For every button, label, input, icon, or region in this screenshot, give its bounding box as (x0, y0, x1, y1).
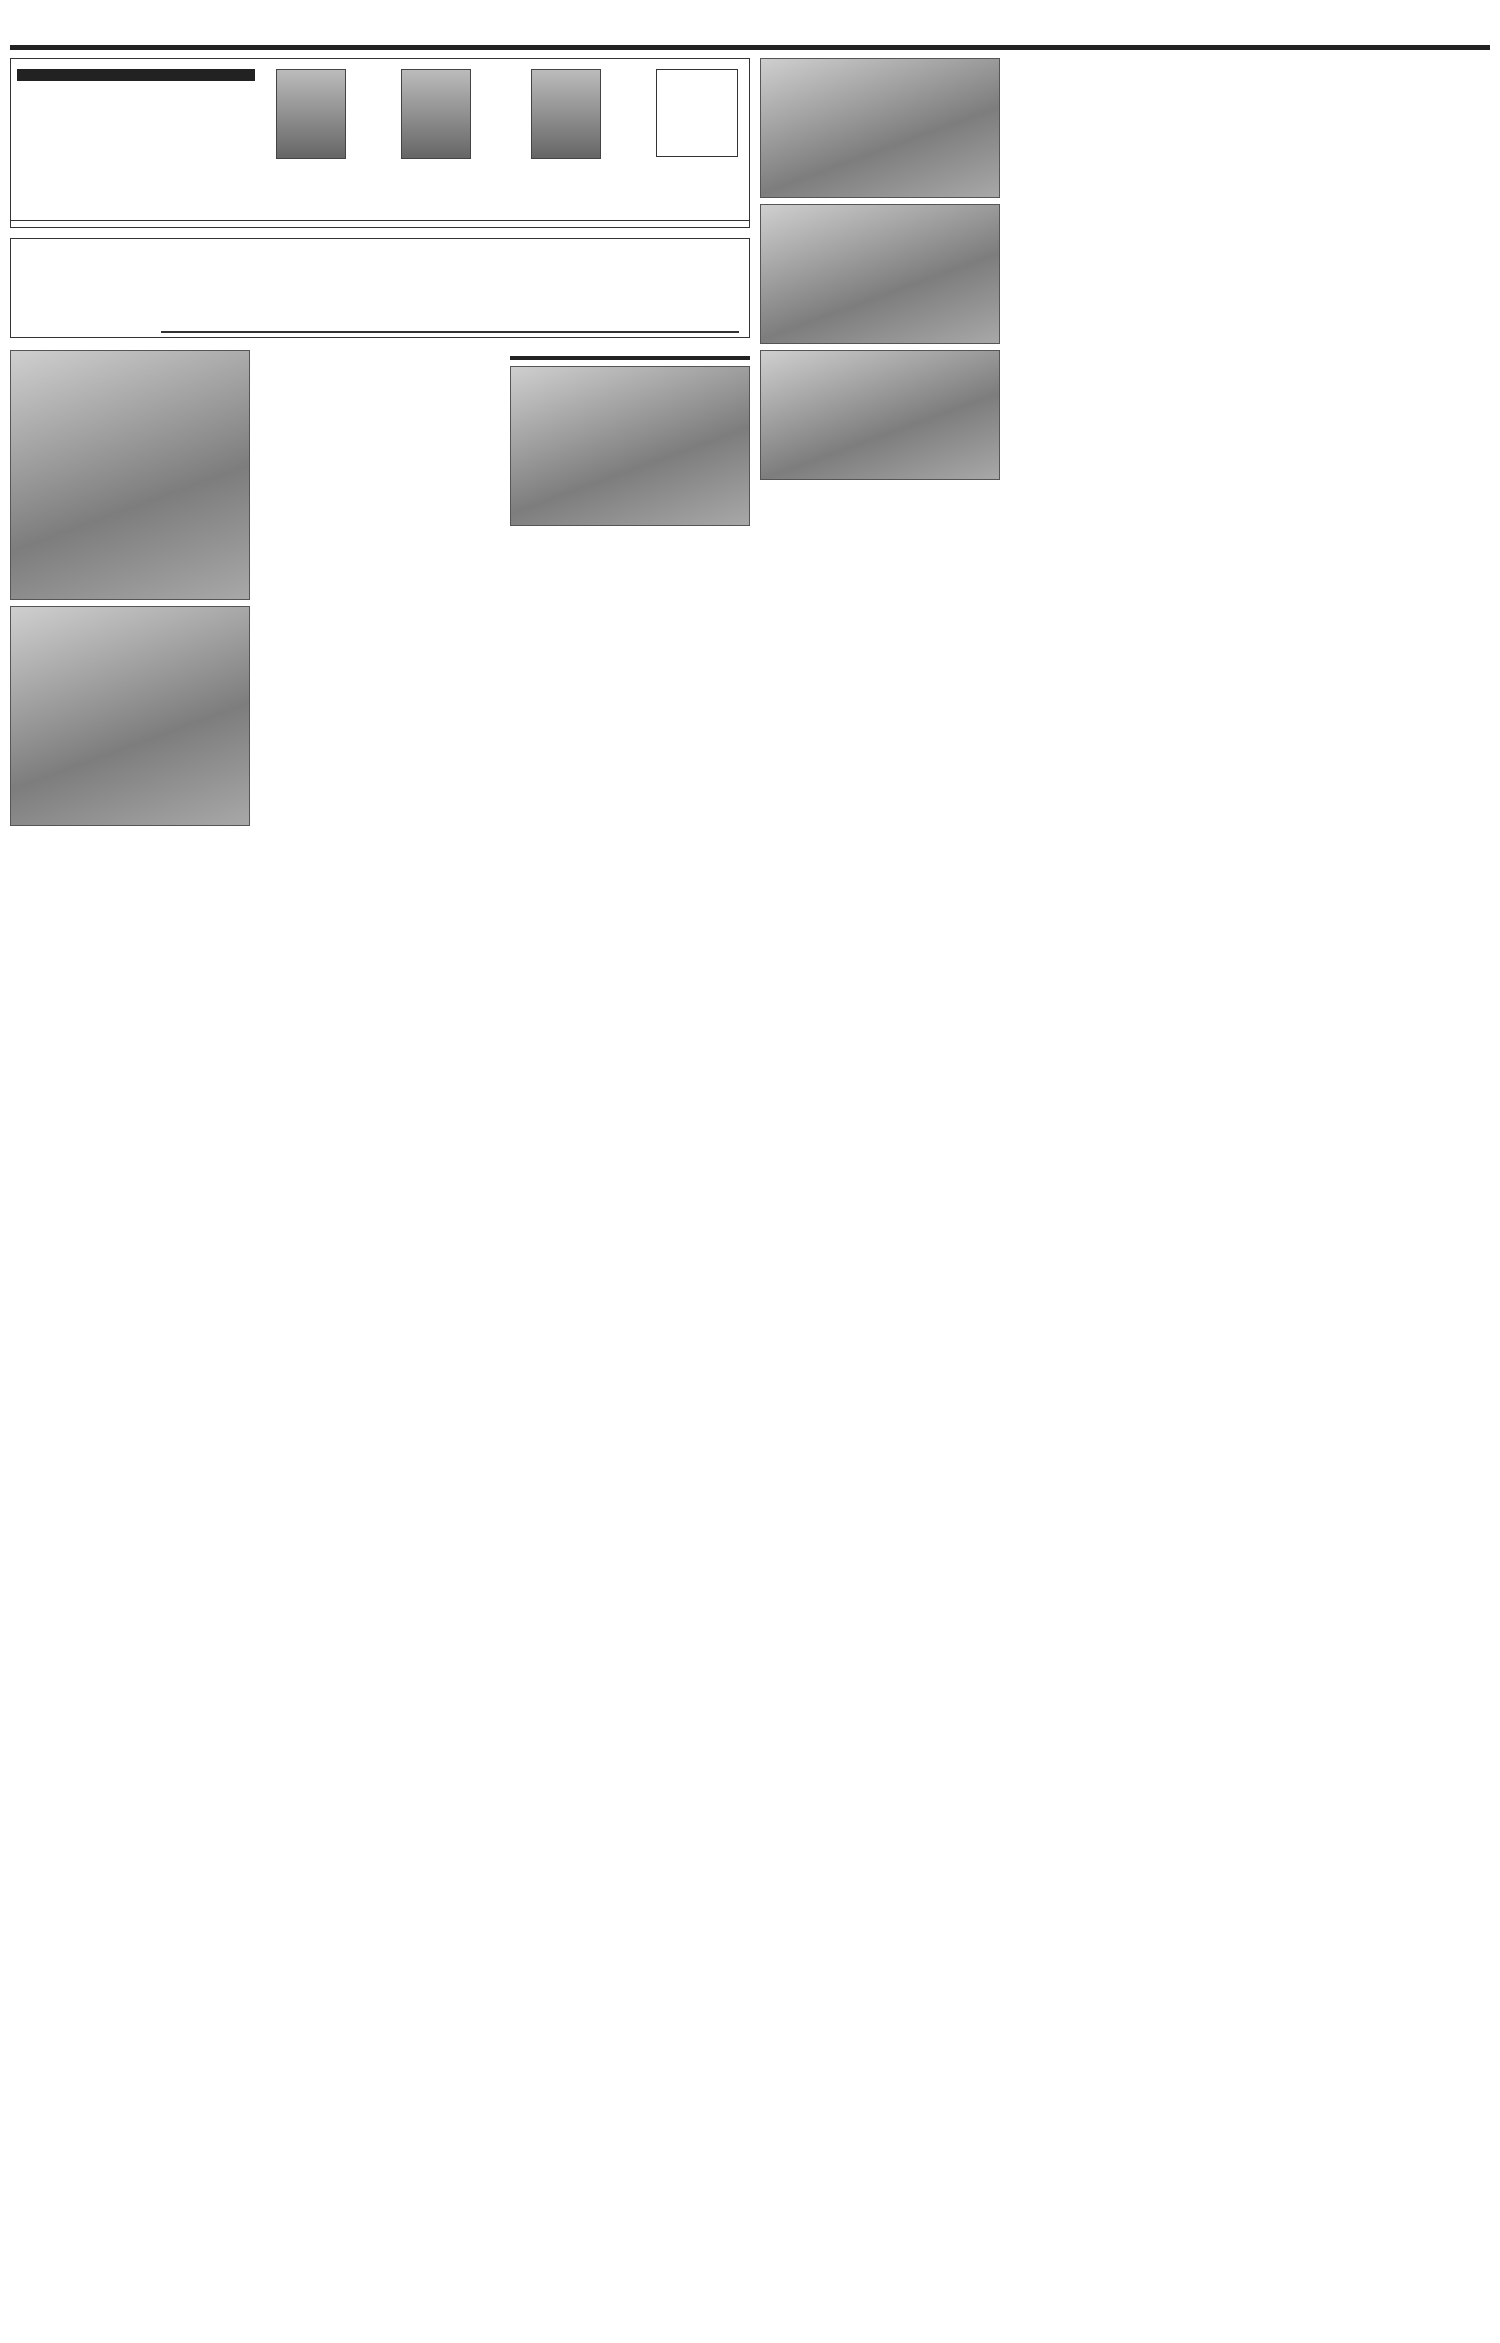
coupon-rules (11, 220, 749, 227)
column-4 (760, 58, 1000, 2328)
packers-image (760, 204, 1000, 344)
column-1 (10, 350, 250, 2330)
realestate-image (10, 606, 250, 826)
tours-image (760, 58, 1000, 198)
page-header (10, 0, 1490, 50)
automobile-image (10, 350, 250, 600)
sample-photo (276, 69, 346, 159)
birthday-coupon (10, 58, 750, 228)
classified-banner (10, 238, 750, 338)
sample-photo (401, 69, 471, 159)
tolet-image (510, 366, 750, 526)
column-2 (260, 350, 500, 2330)
healthcare-image (760, 350, 1000, 480)
column-3 (510, 350, 750, 2330)
section-banner (510, 356, 750, 360)
photo-slot (656, 69, 738, 157)
banner-underline (161, 331, 739, 333)
sample-photo (531, 69, 601, 159)
coupon-title (17, 69, 255, 81)
